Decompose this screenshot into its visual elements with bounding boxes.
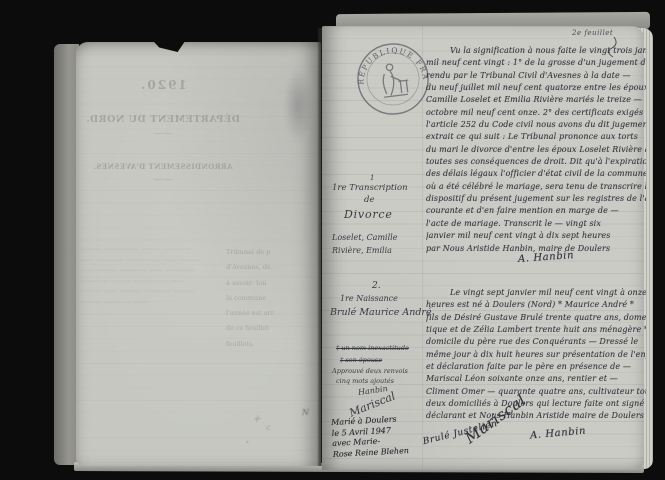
left-page-blank: 1920. DÉPARTEMENT DU NORD. —·— ARRONDISS… xyxy=(76,42,321,466)
fragment-line: de ce feuillet xyxy=(226,321,300,336)
ink-smudge: · xyxy=(246,438,249,448)
act-text-line: toutes ses conséquences de droit. Dit qu… xyxy=(426,156,646,168)
act-text-line: domicile du père rue des Conquérants — D… xyxy=(426,336,646,348)
act-text-line: courante et d'en faire mention en marge … xyxy=(426,205,646,217)
act-text-line: mil neuf cent vingt : 1° de la grosse d'… xyxy=(426,57,646,69)
act-text-line: janvier mil neuf cent vingt à dix sept h… xyxy=(426,230,646,242)
act-text-line: des délais légaux l'officier d'état civi… xyxy=(426,168,646,180)
bleedthrough-arrondissement: ARRONDISSEMENT D'AVESNES. xyxy=(84,162,242,171)
act-text-line: heures est né à Doulers (Nord) * Maurice… xyxy=(426,299,646,311)
act-text-line: rendu par le Tribunal Civil d'Avesnes à … xyxy=(426,70,646,82)
bleedthrough-divider: —·— xyxy=(84,175,242,184)
act2-margin-struck-note: † un nom inexactitude xyxy=(336,344,409,352)
bleedthrough-year: 1920. xyxy=(84,78,242,92)
act-text-line: Mariscal Léon soixante onze ans, rentier… xyxy=(426,373,646,385)
act-text-line: déclarant et Nous Hanbin Aristide maire … xyxy=(426,410,646,422)
act-text-line: extrait ce qui suit : Le Tribunal pronon… xyxy=(426,131,646,143)
act-text-line: fils de Désiré Gustave Brulé trente quat… xyxy=(426,312,646,324)
offset-print-fragments: Tribunal de p d'Avesnes, dé à savoir: hu… xyxy=(226,245,300,352)
act-text-line: tique et de Zélia Lambert trente huit an… xyxy=(426,324,646,336)
act1-margin-title: de xyxy=(364,195,374,205)
act2-mayor-signature: A. Hanbin xyxy=(530,426,587,442)
register-page: 2e feuillet RÉPUBLIQUE FRANÇAISE 1 1re T… xyxy=(322,26,644,470)
stamp-legend-text: RÉPUBLIQUE FRANÇAISE xyxy=(347,33,430,90)
ink-smudge: ＋ xyxy=(252,412,261,425)
act1-margin-title: 1re Transcription xyxy=(332,183,408,193)
act-text-line: deux domiciliés à Doulers qui lecture fa… xyxy=(426,398,646,410)
bleedthrough-title-block: 1920. DÉPARTEMENT DU NORD. —·— ARRONDISS… xyxy=(84,78,242,184)
act-text-line: où a été célébré le mariage, sera tenu d… xyxy=(426,181,646,193)
scanned-register-spread: 1920. DÉPARTEMENT DU NORD. —·— ARRONDISS… xyxy=(0,0,665,480)
act-text-line: et déclaration faite par le père en prés… xyxy=(426,361,646,373)
act2-margin-struck-note: ‡ son épouse xyxy=(340,356,382,364)
act-text-line: même jour à dix huit heures sur présenta… xyxy=(426,349,646,361)
act-text-line: l'acte de mariage. Transcrit le — vingt … xyxy=(426,218,646,230)
fragment-line: l'année est arr xyxy=(226,306,300,321)
act1-margin-title: Divorce xyxy=(344,208,393,221)
republique-francaise-stamp: RÉPUBLIQUE FRANÇAISE xyxy=(347,33,438,124)
svg-text:RÉPUBLIQUE FRANÇAISE: RÉPUBLIQUE FRANÇAISE xyxy=(347,33,430,90)
act-text-line: octobre mil neuf cent onze. 2° des certi… xyxy=(426,107,646,119)
marriage-marginal-mention: Marié à Doulers le 5 Avril 1947 avec Mar… xyxy=(331,414,409,460)
ink-smudge: N xyxy=(302,408,309,417)
bleedthrough-departement: DÉPARTEMENT DU NORD. xyxy=(84,114,242,125)
act-text-line: dispositif du présent jugement sur les r… xyxy=(426,193,646,205)
fragment-line: la commune xyxy=(226,291,300,306)
fragment-line: à savoir: hui xyxy=(226,276,300,291)
act-text-line: du neuf juillet mil neuf cent quatorze e… xyxy=(426,82,646,94)
act-text-line: du mari le divorce d'entre les époux Los… xyxy=(426,144,646,156)
act1-margin-name-wife: Rivière, Emilia xyxy=(332,246,392,255)
fragment-line: feuillets. xyxy=(226,337,300,352)
act-text-line: Le vingt sept janvier mil neuf cent ving… xyxy=(426,287,646,299)
act-text-line: Climent Omer — quarante quatre ans, cult… xyxy=(426,386,646,398)
act2-margin-title: 1re Naissance xyxy=(340,294,398,303)
stamp-offset-smudge xyxy=(284,68,312,142)
act1-margin-number: 1 xyxy=(370,174,374,182)
act2-margin-name: Brulé Maurice André xyxy=(330,307,432,318)
ink-smudge: ⁖ xyxy=(264,424,269,434)
fragment-line: Tribunal de p xyxy=(226,245,300,260)
act-text-line: Camille Loselet et Emilia Rivière mariés… xyxy=(426,94,646,106)
bleedthrough-divider: —·— xyxy=(84,129,242,138)
act-text-line: l'article 252 du Code civil nous avons d… xyxy=(426,119,646,131)
act2-margin-number: 2. xyxy=(372,281,381,291)
act-text-line: Vu la signification à nous faite le ving… xyxy=(426,45,646,57)
stamp-marianne-figure xyxy=(380,62,410,97)
act2-birth-record-text: Le vingt sept janvier mil neuf cent ving… xyxy=(426,287,646,423)
act1-divorce-transcription-text: Vu la signification à nous faite le ving… xyxy=(426,45,646,255)
fragment-line: d'Avesnes, dé xyxy=(226,260,300,275)
act1-margin-name-husband: Loselet, Camille xyxy=(332,233,397,242)
act2-margin-approval: Approuvé deux renvois xyxy=(332,367,408,375)
